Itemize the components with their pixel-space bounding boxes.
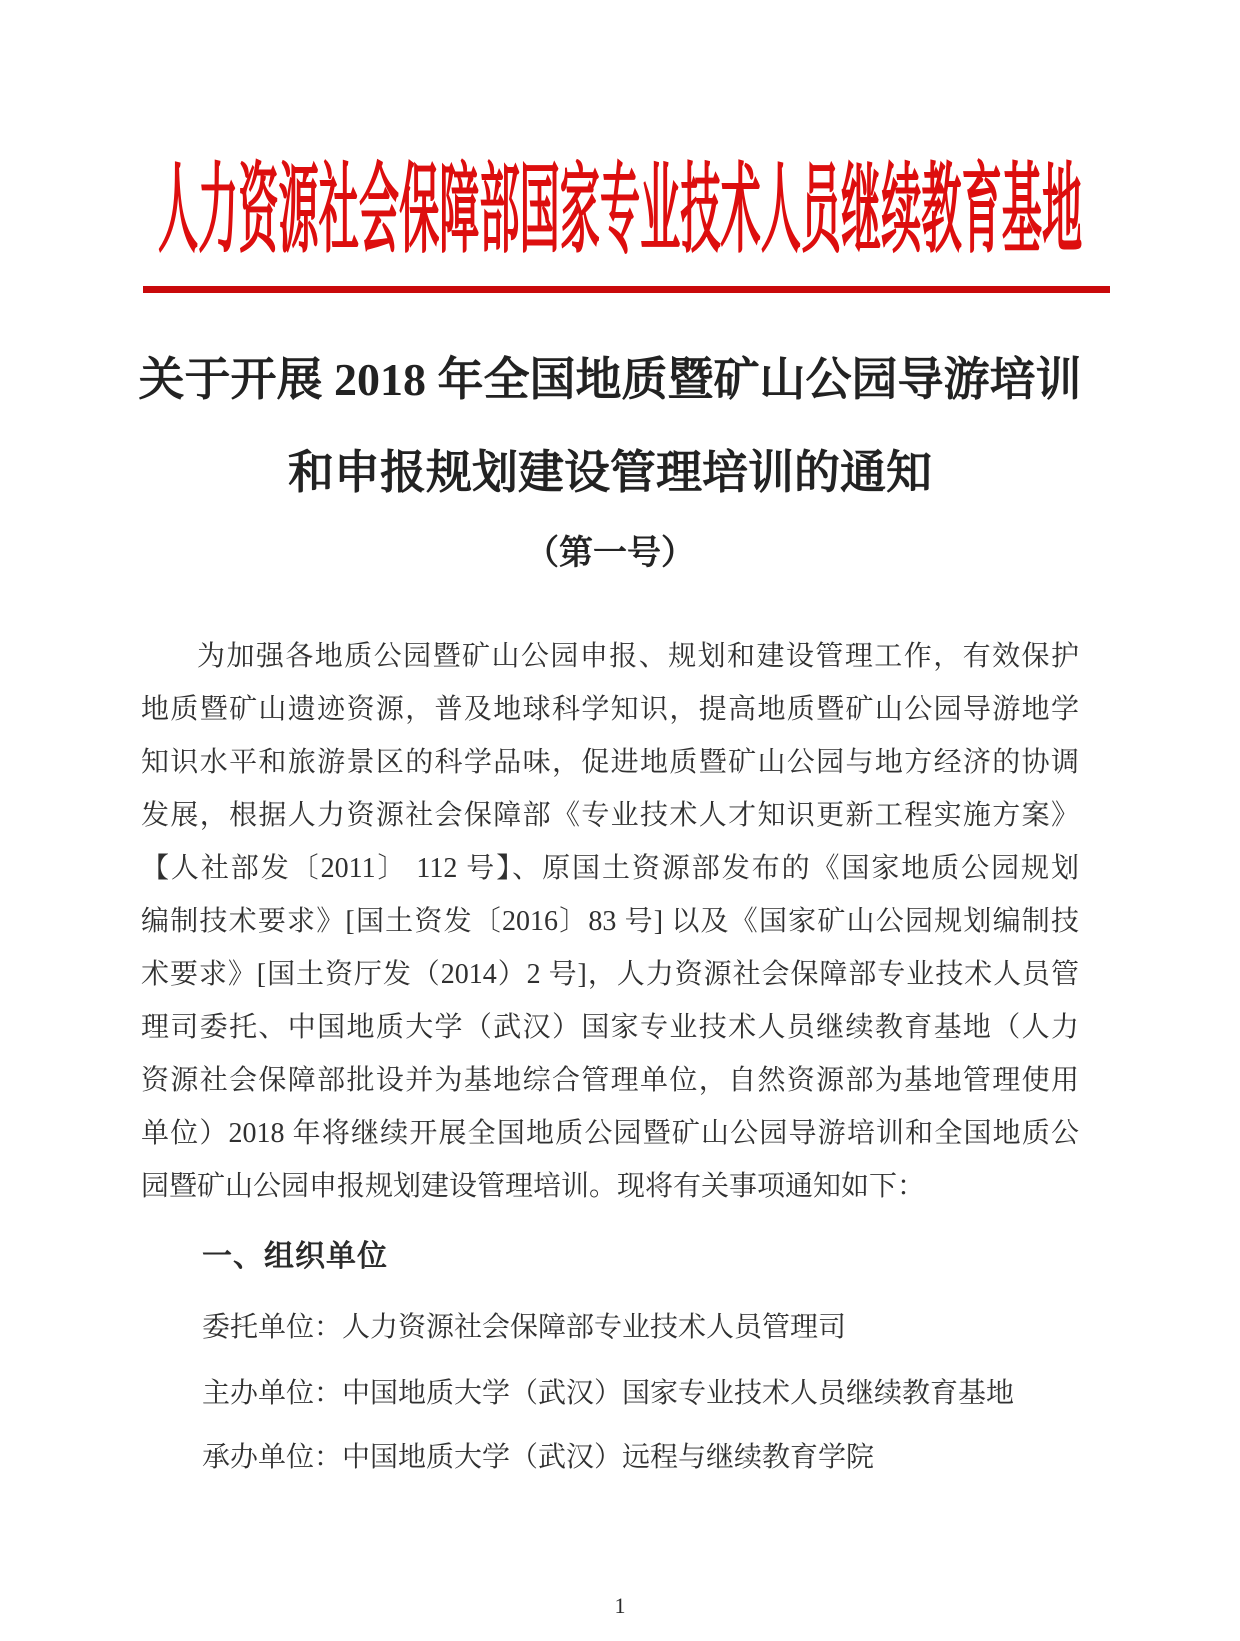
notice-title-line1: 关于开展 2018 年全国地质暨矿山公园导游培训 — [130, 352, 1090, 408]
org-item-undertaking-unit: 承办单位：中国地质大学（武汉）远程与继续教育学院 — [202, 1438, 874, 1478]
body-line: 术要求》[国土资厅发（2014）2 号]，人力资源社会保障部专业技术人员管 — [141, 948, 1079, 1001]
org-item-entrusting-unit: 委托单位：人力资源社会保障部专业技术人员管理司 — [202, 1308, 846, 1348]
body-line: 知识水平和旅游景区的科学品味，促进地质暨矿山公园与地方经济的协调 — [141, 736, 1079, 789]
institution-banner-text: 人力资源社会保障部国家专业技术人员继续教育基地 — [158, 156, 1082, 266]
body-line: 地质暨矿山遗迹资源，普及地球科学知识，提高地质暨矿山公园导游地学 — [141, 683, 1079, 736]
red-divider-rule — [143, 286, 1110, 293]
document-page: 人力资源社会保障部国家专业技术人员继续教育基地 关于开展 2018 年全国地质暨… — [0, 0, 1240, 1641]
page-number: 1 — [0, 1590, 1240, 1622]
body-line: 【人社部发〔2011〕 112 号】、原国土资源部发布的《国家地质公园规划 — [141, 842, 1079, 895]
section-heading-organizers: 一、组织单位 — [202, 1238, 388, 1276]
notice-issue-number: （第一号） — [130, 532, 1090, 576]
notice-body-paragraph: 为加强各地质公园暨矿山公园申报、规划和建设管理工作，有效保护 地质暨矿山遗迹资源… — [141, 630, 1079, 1213]
institution-banner: 人力资源社会保障部国家专业技术人员继续教育基地 — [158, 156, 1240, 268]
body-line: 园暨矿山公园申报规划建设管理培训。现将有关事项通知如下： — [141, 1160, 1079, 1213]
body-line: 单位）2018 年将继续开展全国地质公园暨矿山公园导游培训和全国地质公 — [141, 1107, 1079, 1160]
body-line: 发展，根据人力资源社会保障部《专业技术人才知识更新工程实施方案》 — [141, 789, 1079, 842]
body-line: 编制技术要求》[国土资发〔2016〕83 号] 以及《国家矿山公园规划编制技 — [141, 895, 1079, 948]
org-item-hosting-unit: 主办单位：中国地质大学（武汉）国家专业技术人员继续教育基地 — [202, 1374, 1014, 1414]
body-line: 理司委托、中国地质大学（武汉）国家专业技术人员继续教育基地（人力 — [141, 1001, 1079, 1054]
body-line: 资源社会保障部批设并为基地综合管理单位，自然资源部为基地管理使用 — [141, 1054, 1079, 1107]
body-line: 为加强各地质公园暨矿山公园申报、规划和建设管理工作，有效保护 — [141, 630, 1079, 683]
notice-title-line2: 和申报规划建设管理培训的通知 — [130, 445, 1090, 501]
